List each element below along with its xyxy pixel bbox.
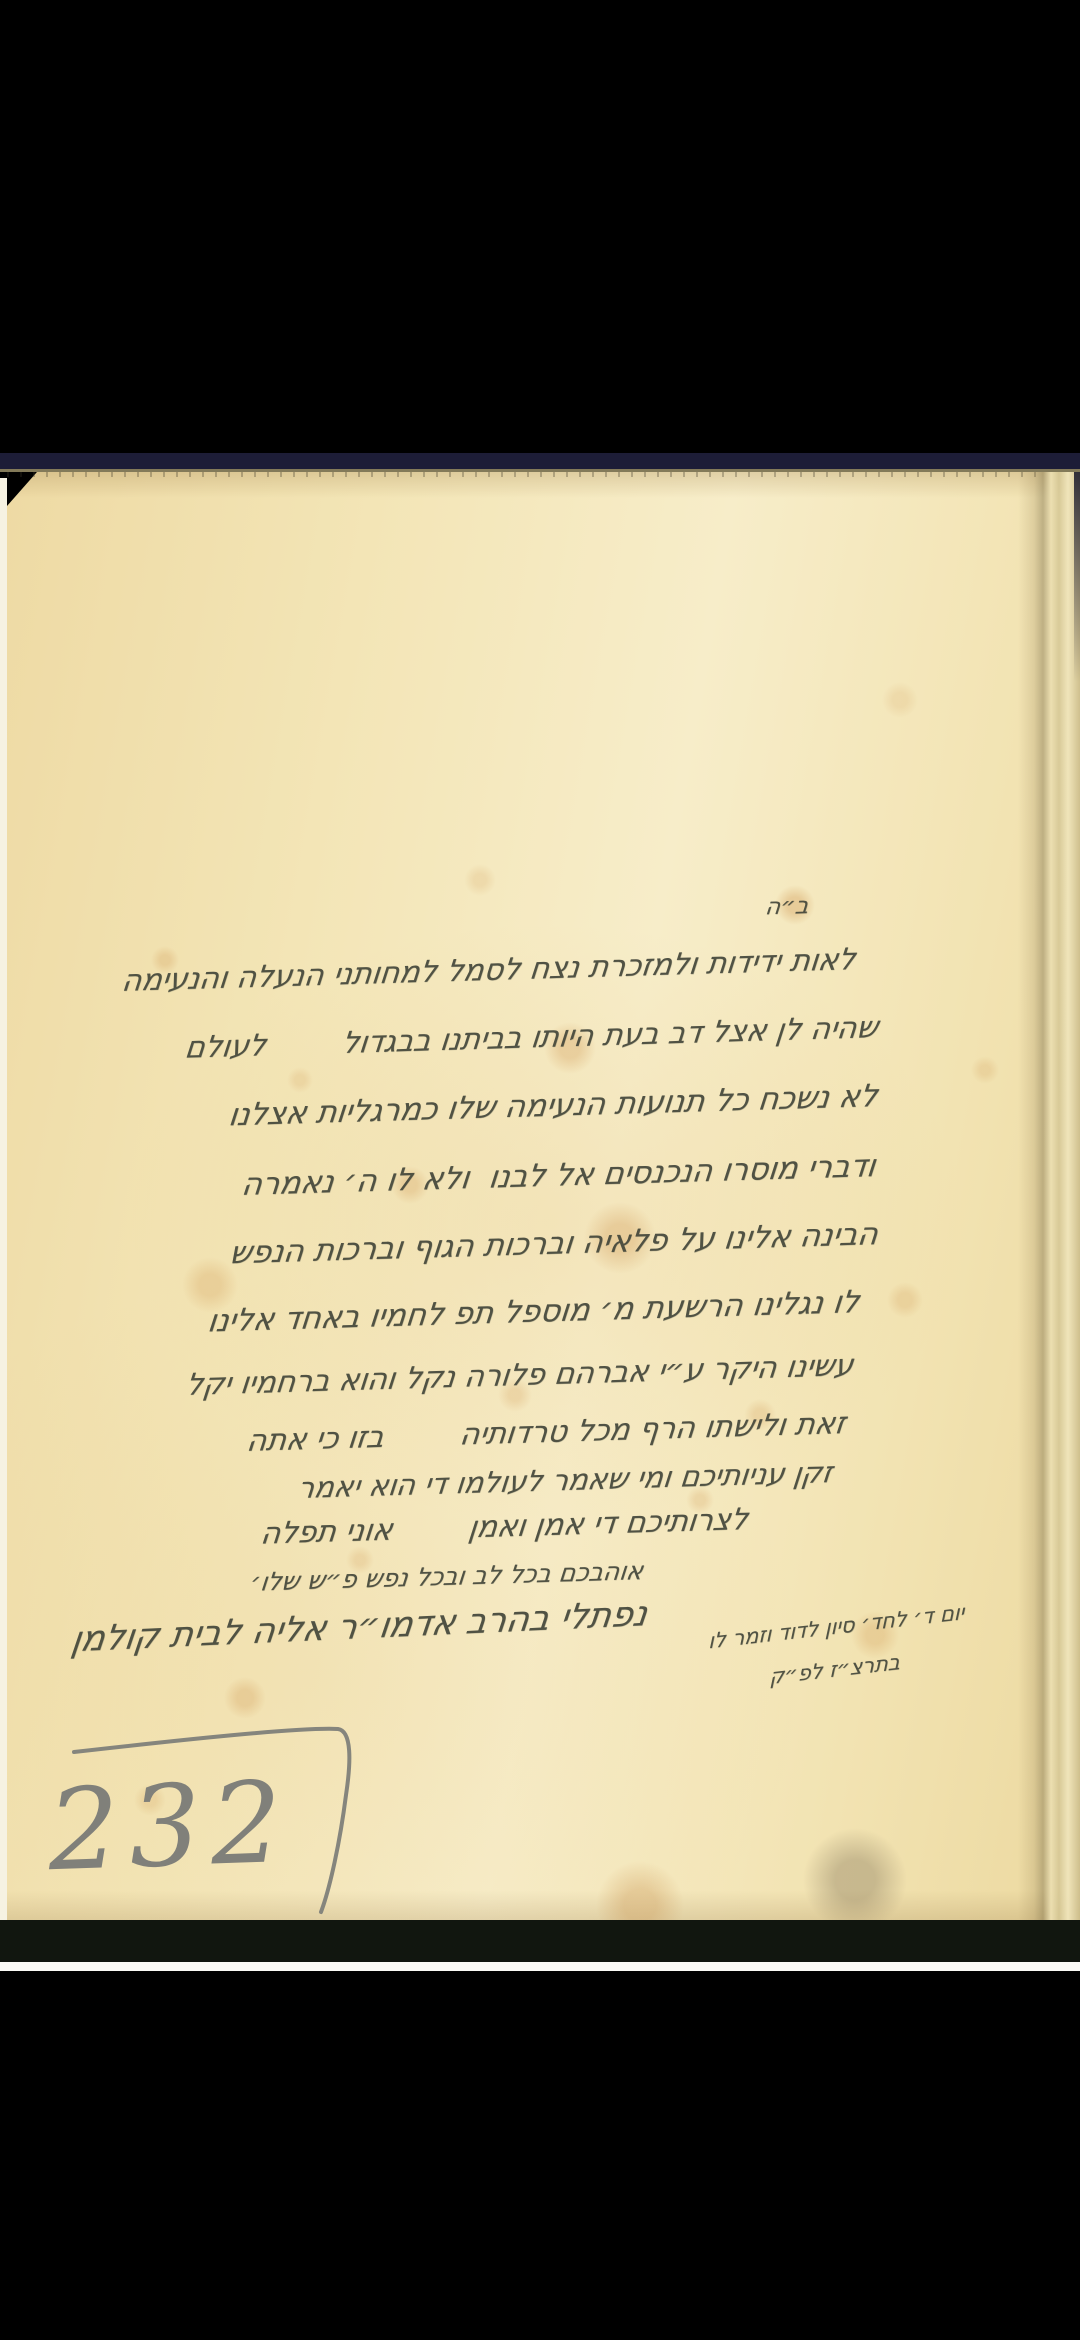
scan-divider-line (0, 1962, 1080, 1971)
letterbox-bottom (0, 1971, 1080, 2340)
book-cover-bottom-edge (0, 1920, 1080, 1962)
